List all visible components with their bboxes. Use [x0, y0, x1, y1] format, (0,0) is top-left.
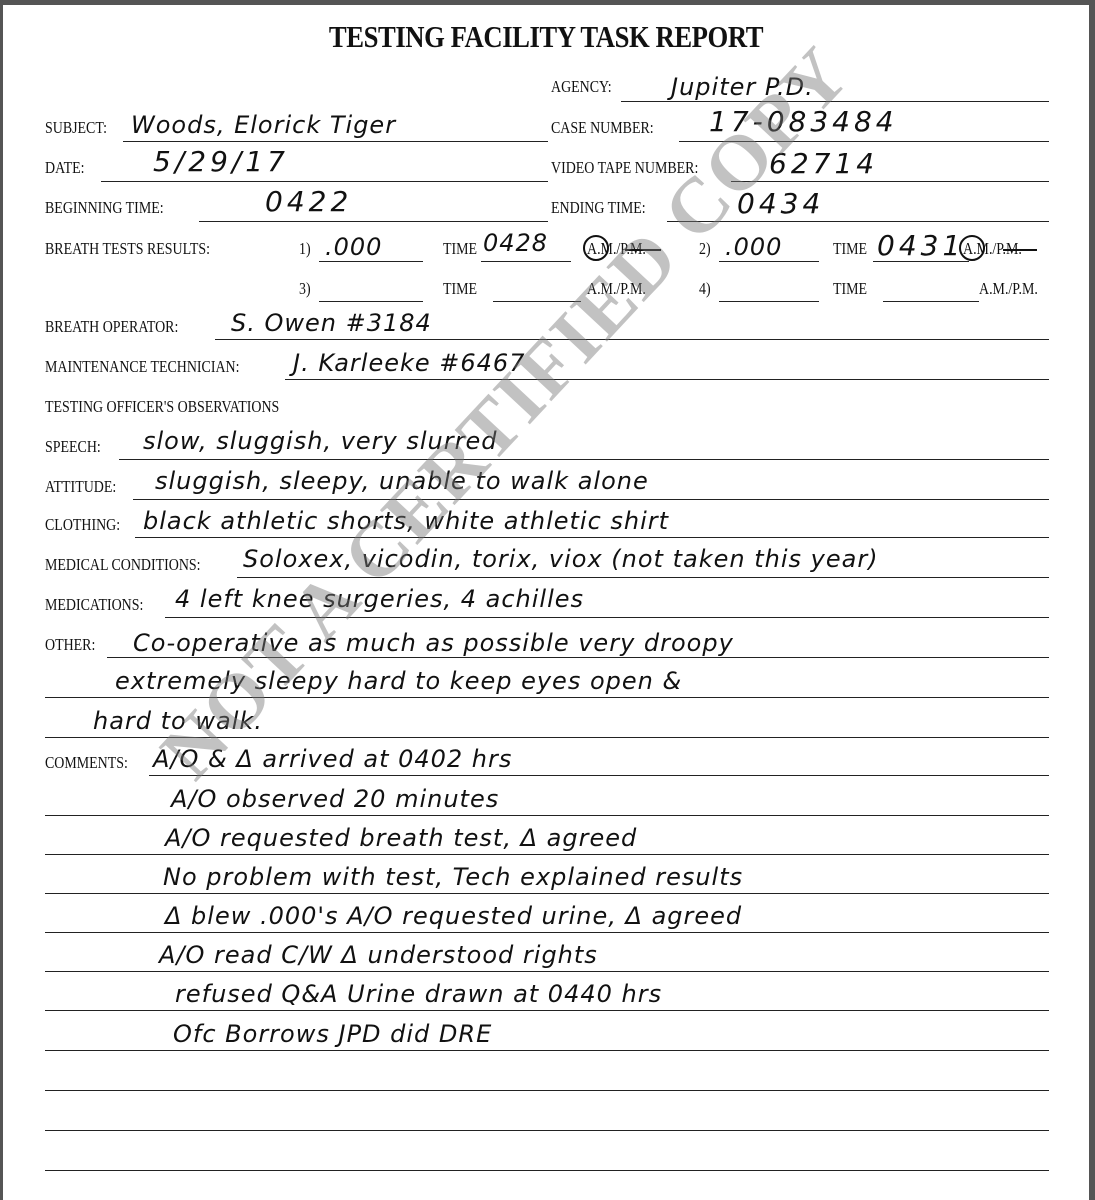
test1-time-line: [481, 261, 571, 262]
comment-line-6: [45, 971, 1049, 972]
test1-result: .000: [325, 233, 382, 261]
video-tape-value: 62714: [769, 147, 878, 180]
test4-result-line: [719, 301, 819, 302]
case-number-label: CASE NUMBER:: [551, 118, 654, 138]
case-number-value: 17-083484: [709, 105, 898, 138]
comment-text-6: A/O read C/W Δ understood rights: [159, 941, 598, 969]
test3-time-line: [493, 301, 581, 302]
comment-text-3: A/O requested breath test, Δ agreed: [165, 824, 637, 852]
comment-text-4: No problem with test, Tech explained res…: [163, 863, 743, 891]
comment-line-2: [45, 815, 1049, 816]
agency-line: [621, 101, 1049, 102]
pm-strike-mark-2: [1003, 249, 1037, 251]
observations-heading: TESTING OFFICER'S OBSERVATIONS: [45, 397, 279, 417]
test3-label: 3): [299, 279, 311, 299]
test4-time-line: [883, 301, 979, 302]
comments-label: COMMENTS:: [45, 753, 128, 773]
speech-line: [119, 459, 1049, 460]
attitude-label: ATTITUDE:: [45, 477, 116, 497]
video-tape-label: VIDEO TAPE NUMBER:: [551, 158, 698, 178]
date-label: DATE:: [45, 158, 85, 178]
comment-line-4: [45, 893, 1049, 894]
comment-line-11: [45, 1170, 1049, 1171]
breath-operator-value: S. Owen #3184: [231, 309, 432, 337]
medications-value: 4 left knee surgeries, 4 achilles: [175, 585, 584, 613]
clothing-label: CLOTHING:: [45, 515, 120, 535]
comment-line-5: [45, 932, 1049, 933]
maintenance-technician-value: J. Karleeke #6467: [293, 349, 525, 377]
speech-label: SPEECH:: [45, 437, 101, 457]
test1-result-line: [319, 261, 423, 262]
test2-time: 0431: [877, 229, 964, 262]
speech-value: slow, sluggish, very slurred: [143, 427, 497, 455]
subject-label: SUBJECT:: [45, 118, 107, 138]
attitude-value: sluggish, sleepy, unable to walk alone: [155, 467, 649, 495]
pm-strike-mark: [625, 249, 661, 251]
breath-operator-line: [215, 339, 1049, 340]
other-line-2: [45, 697, 1049, 698]
maintenance-technician-label: MAINTENANCE TECHNICIAN:: [45, 357, 240, 377]
other-label: OTHER:: [45, 635, 95, 655]
comment-text-2: A/O observed 20 minutes: [171, 785, 499, 813]
medical-conditions-label: MEDICAL CONDITIONS:: [45, 555, 201, 575]
agency-label: AGENCY:: [551, 77, 612, 97]
form-title: TESTING FACILITY TASK REPORT: [79, 19, 1013, 55]
breath-tests-label: BREATH TESTS RESULTS:: [45, 239, 210, 259]
medications-label: MEDICATIONS:: [45, 595, 143, 615]
test2-result-line: [719, 261, 819, 262]
ending-time-line: [667, 221, 1049, 222]
medical-conditions-value: Soloxex, vicodin, torix, viox (not taken…: [243, 545, 879, 573]
test4-label: 4): [699, 279, 711, 299]
test3-time-label: TIME: [443, 279, 477, 299]
ending-time-value: 0434: [737, 187, 824, 220]
other-value-line-1: Co-operative as much as possible very dr…: [133, 629, 734, 657]
medical-conditions-line: [237, 577, 1049, 578]
comment-line-1: [149, 775, 1049, 776]
subject-line: [123, 141, 548, 142]
clothing-line: [135, 537, 1049, 538]
comment-line-7: [45, 1010, 1049, 1011]
comment-text-1: A/O & Δ arrived at 0402 hrs: [153, 745, 512, 773]
comment-line-8: [45, 1050, 1049, 1051]
date-line: [101, 181, 548, 182]
subject-value: Woods, Elorick Tiger: [131, 111, 396, 139]
test3-result-line: [319, 301, 423, 302]
comment-line-10: [45, 1130, 1049, 1131]
other-line-3: [45, 737, 1049, 738]
comment-text-7: refused Q&A Urine drawn at 0440 hrs: [175, 980, 662, 1008]
test1-time-label: TIME: [443, 239, 477, 259]
comment-line-9: [45, 1090, 1049, 1091]
test4-time-label: TIME: [833, 279, 867, 299]
beginning-time-label: BEGINNING TIME:: [45, 198, 164, 218]
ending-time-label: ENDING TIME:: [551, 198, 646, 218]
other-line-1: [107, 657, 1049, 658]
breath-operator-label: BREATH OPERATOR:: [45, 317, 178, 337]
comment-text-8: Ofc Borrows JPD did DRE: [173, 1020, 492, 1048]
medications-line: [165, 617, 1049, 618]
test2-result: .000: [725, 233, 782, 261]
clothing-value: black athletic shorts, white athletic sh…: [143, 507, 669, 535]
beginning-time-value: 0422: [265, 185, 352, 218]
test3-ampm: A.M./P.M.: [587, 279, 646, 299]
video-tape-line: [731, 181, 1049, 182]
comment-line-3: [45, 854, 1049, 855]
test1-time: 0428: [483, 229, 548, 257]
date-value: 5/29/17: [153, 145, 289, 178]
other-value-line-2: extremely sleepy hard to keep eyes open …: [115, 667, 682, 695]
test2-time-label: TIME: [833, 239, 867, 259]
test2-label: 2): [699, 239, 711, 259]
agency-value: Jupiter P.D.: [671, 73, 814, 101]
other-value-line-3: hard to walk.: [93, 707, 263, 735]
beginning-time-line: [199, 221, 548, 222]
test4-ampm: A.M./P.M.: [979, 279, 1038, 299]
case-number-line: [679, 141, 1049, 142]
attitude-line: [133, 499, 1049, 500]
comment-text-5: Δ blew .000's A/O requested urine, Δ agr…: [165, 902, 742, 930]
maintenance-technician-line: [285, 379, 1049, 380]
report-page: TESTING FACILITY TASK REPORT AGENCY: Jup…: [3, 5, 1089, 1200]
test1-label: 1): [299, 239, 311, 259]
am-circle-mark: [583, 235, 609, 261]
am-circle-mark-2: [959, 235, 985, 261]
